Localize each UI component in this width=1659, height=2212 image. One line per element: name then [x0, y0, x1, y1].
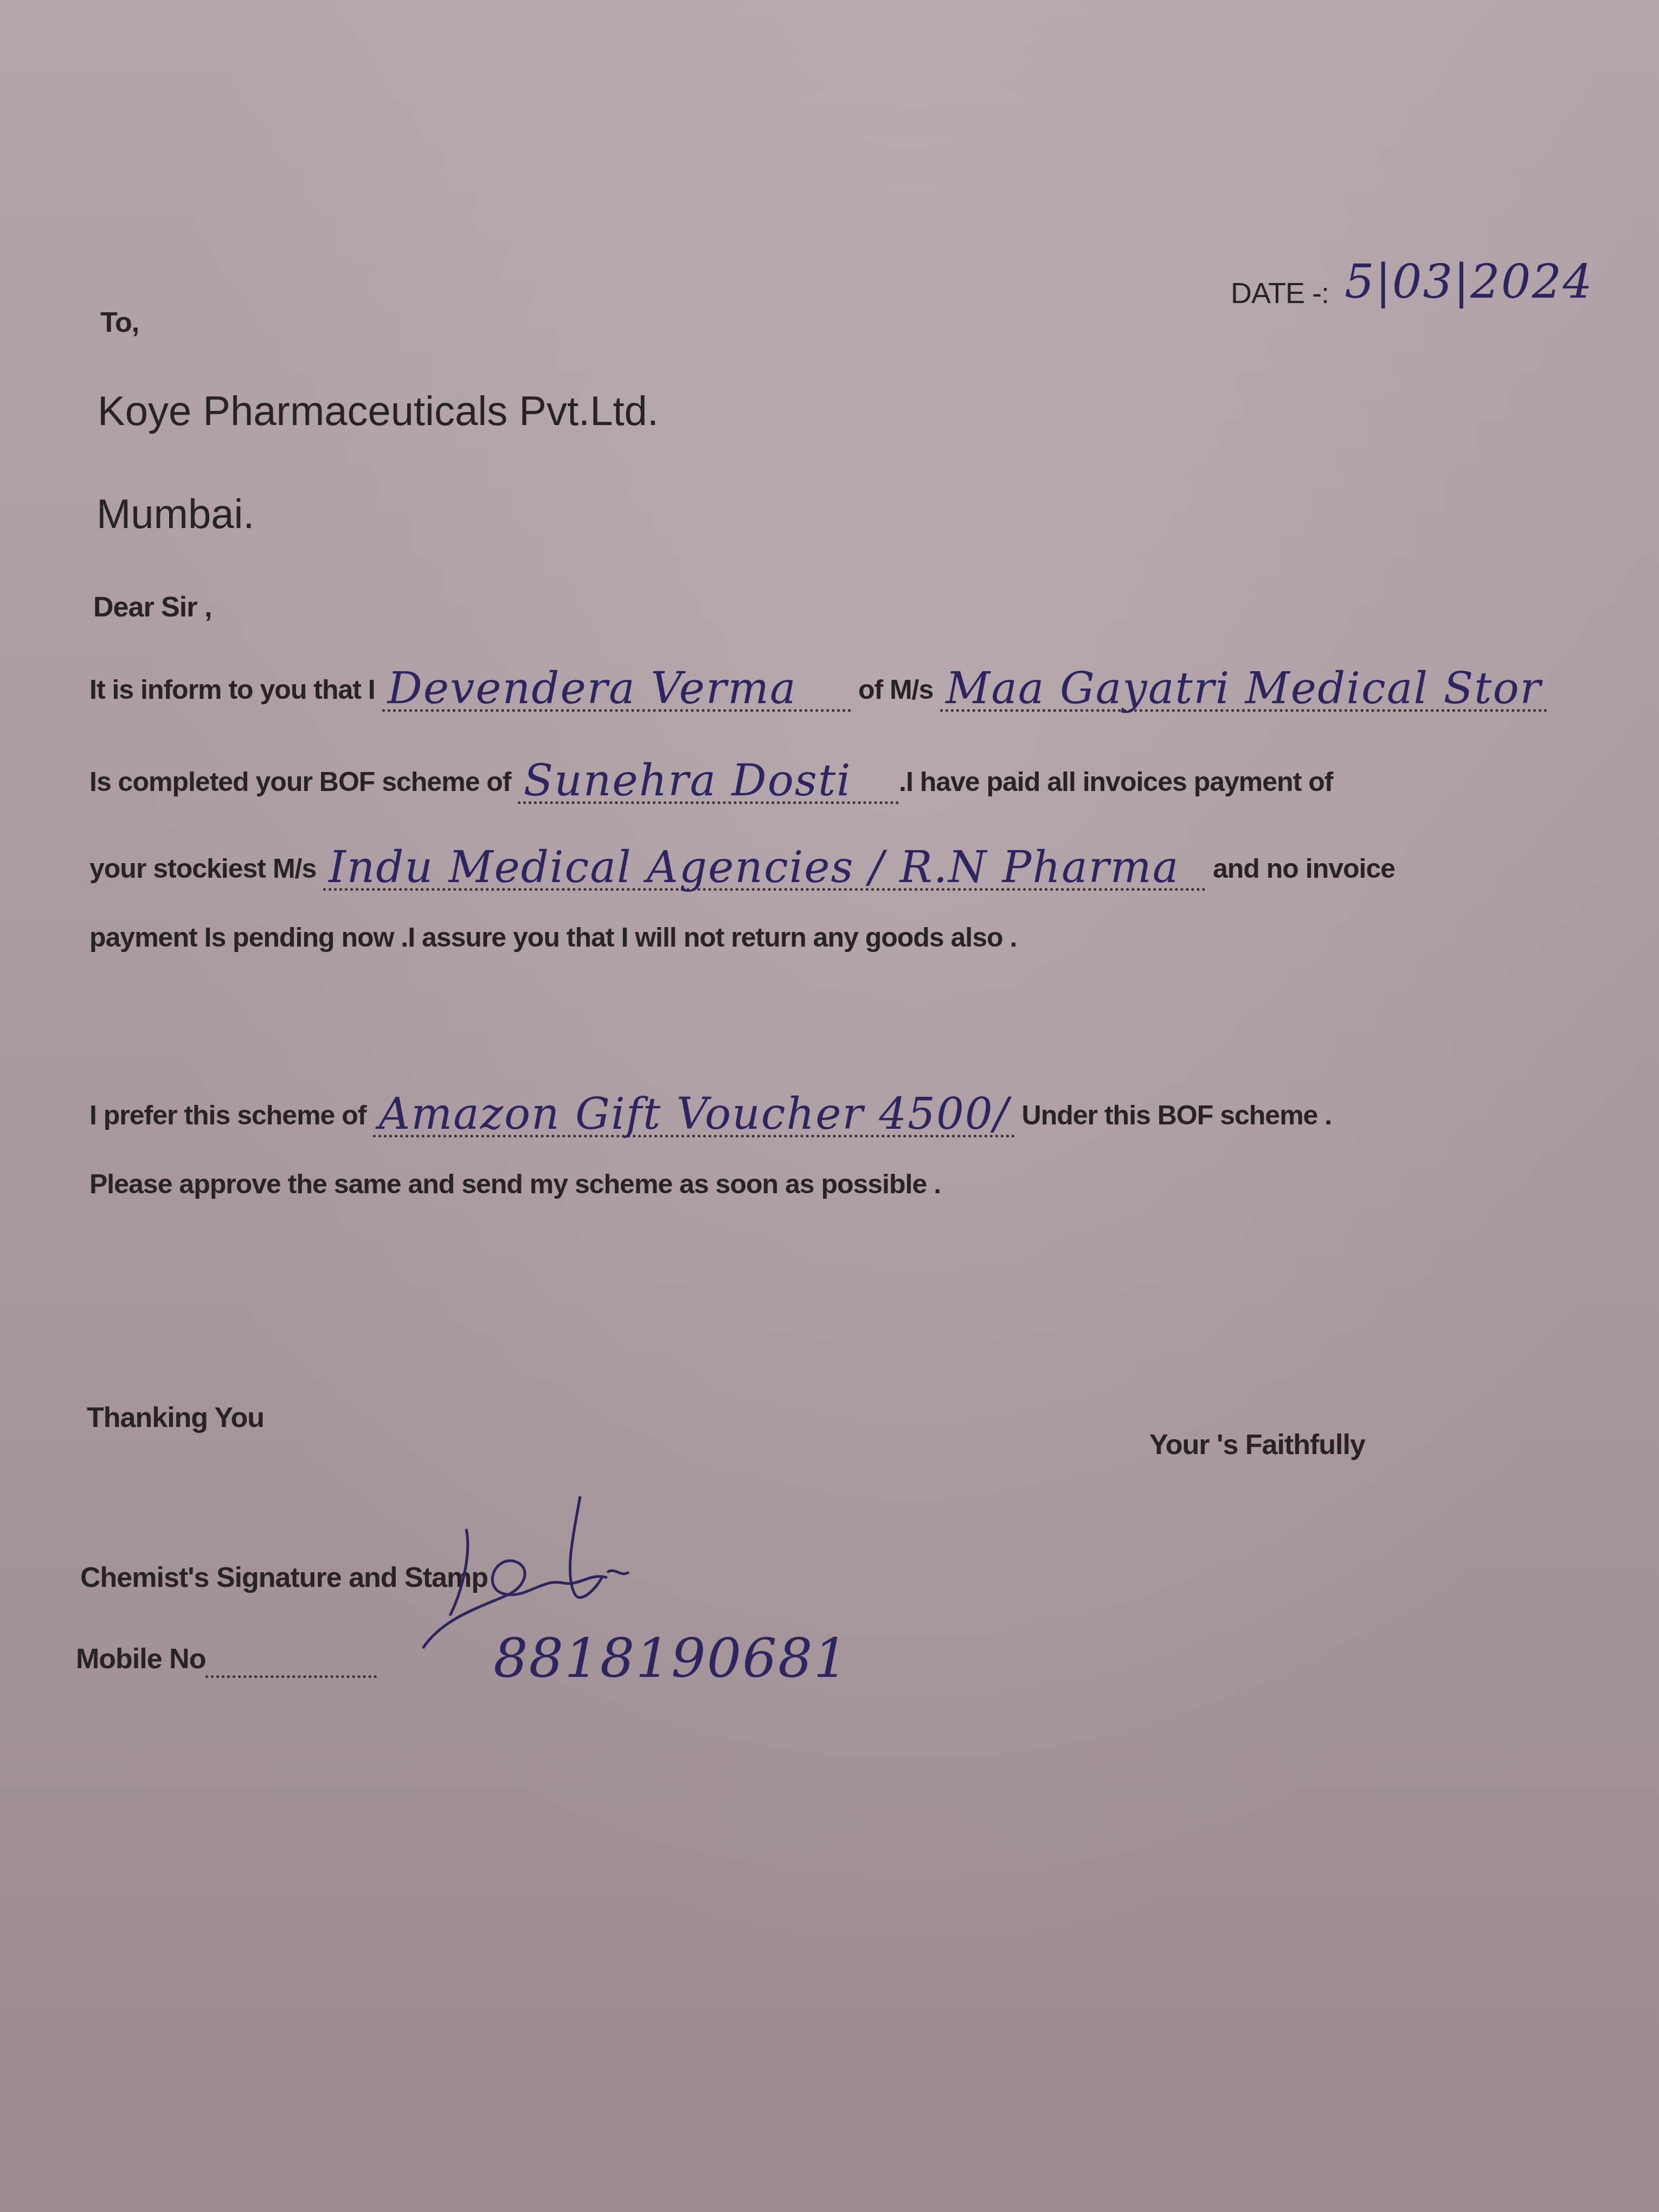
- line2-prefix: Is completed your BOF scheme of: [89, 767, 511, 797]
- preferred-reward: Amazon Gift Voucher 4500/: [378, 1089, 1009, 1139]
- mobile-field: [205, 1643, 377, 1678]
- line3-suffix: and no invoice: [1213, 853, 1395, 884]
- body-line-2: Is completed your BOF scheme of Sunehra …: [89, 751, 1333, 804]
- recipient-company: Koye Pharmaceuticals Pvt.Ltd.: [98, 388, 659, 435]
- preferred-reward-field: Amazon Gift Voucher 4500/: [373, 1084, 1014, 1137]
- body-line-5: I prefer this scheme of Amazon Gift Vouc…: [89, 1084, 1332, 1137]
- date-value: 5|03|2024: [1345, 255, 1593, 309]
- mobile-label: Mobile No: [76, 1643, 377, 1678]
- sign-off-text: Your 's Faithfully: [1149, 1429, 1365, 1461]
- date-label: DATE -:: [1231, 276, 1329, 310]
- chemist-name-field: Devendera Verma: [382, 659, 851, 712]
- store-name: Maa Gayatri Medical Stor: [946, 663, 1542, 713]
- body-line-1: It is inform to you that I Devendera Ver…: [89, 659, 1547, 712]
- stockist-name: Indu Medical Agencies / R.N Pharma: [329, 842, 1179, 892]
- line5-suffix: Under this BOF scheme .: [1022, 1100, 1332, 1130]
- chemist-name: Devendera Verma: [388, 663, 797, 713]
- greeting: Dear Sir ,: [93, 591, 211, 623]
- body-line-3: your stockiest M/s Indu Medical Agencies…: [89, 838, 1395, 891]
- line1-mid: of M/s: [858, 674, 933, 705]
- stockist-name-field: Indu Medical Agencies / R.N Pharma: [323, 838, 1206, 891]
- line2-suffix: .I have paid all invoices payment of: [899, 767, 1333, 797]
- recipient-to: To,: [100, 306, 139, 339]
- mobile-number: 8818190681: [493, 1626, 849, 1690]
- line3-prefix: your stockiest M/s: [89, 853, 316, 884]
- scheme-name: Sunehra Dosti: [523, 755, 851, 806]
- thanks-text: Thanking You: [87, 1401, 264, 1434]
- mobile-label-text: Mobile No: [76, 1643, 205, 1675]
- scheme-name-field: Sunehra Dosti: [518, 751, 899, 804]
- store-name-field: Maa Gayatri Medical Stor: [940, 659, 1547, 712]
- recipient-city: Mumbai.: [97, 491, 254, 538]
- body-line-4: payment Is pending now .I assure you tha…: [89, 922, 1017, 953]
- body-line-6: Please approve the same and send my sche…: [89, 1168, 941, 1200]
- line5-prefix: I prefer this scheme of: [89, 1100, 366, 1130]
- line1-prefix: It is inform to you that I: [89, 674, 375, 705]
